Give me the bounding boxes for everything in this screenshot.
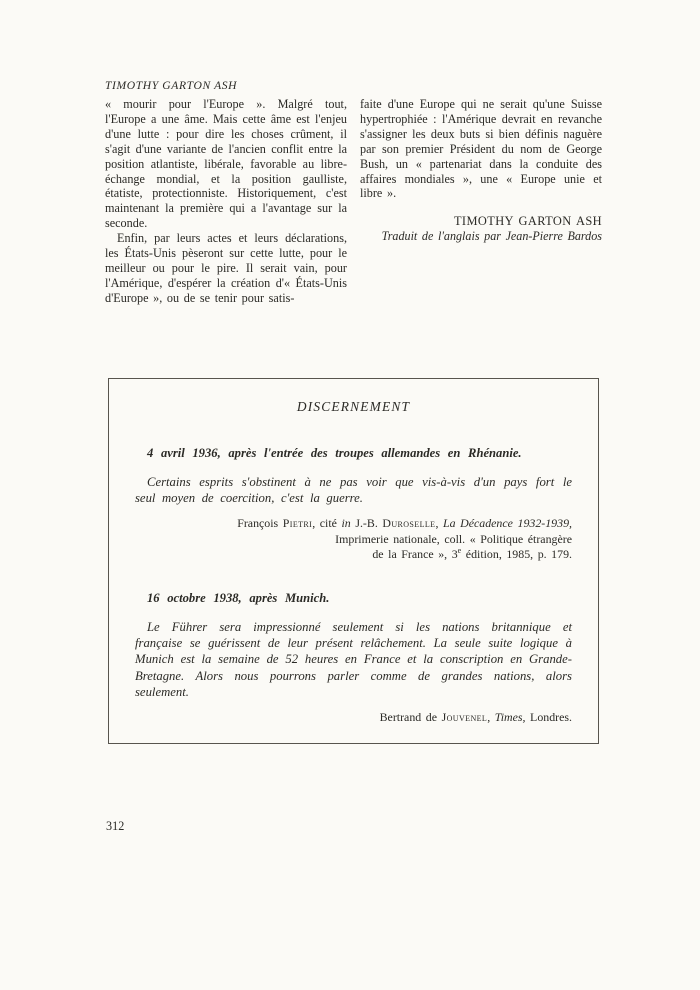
document-page: TIMOTHY GARTON ASH « mourir pour l'Europ… [0,0,700,990]
citation-text: François [237,516,283,530]
right-column: faite d'une Europe qui ne serait qu'une … [360,97,602,306]
citation-work-title: La Décadence 1932-1939, [443,516,572,530]
citation-jouvenel: Bertrand de Jouvenel, Times, Londres. [135,710,572,725]
citation-text: Bertrand de [380,710,442,724]
signature-block: TIMOTHY GARTON ASH Traduit de l'anglais … [360,214,602,244]
article-columns: « mourir pour l'Europe ». Malgré tout, l… [105,97,602,306]
paragraph: Enfin, par leurs actes et leurs déclarat… [105,231,347,306]
citation-in-italic: in [342,516,351,530]
citation-text: J.-B. [351,516,383,530]
box-title: DISCERNEMENT [135,399,572,415]
citation-line: François Pietri, cité in J.-B. Duroselle… [135,516,572,531]
entry-heading-1938: 16 octobre 1938, après Munich. [135,591,572,606]
running-header: TIMOTHY GARTON ASH [105,79,237,92]
quote-1936: Certains esprits s'obstinent à ne pas vo… [135,474,572,506]
left-column: « mourir pour l'Europe ». Malgré tout, l… [105,97,347,306]
citation-author-smallcaps: Pietri [283,516,312,530]
citation-text: , [435,516,443,530]
paragraph: « mourir pour l'Europe ». Malgré tout, l… [105,97,347,231]
page-number: 312 [106,819,124,834]
citation-work-title: Times, [495,710,526,724]
citation-text: , [487,710,495,724]
citation-text: édition, 1985, p. 179. [461,547,572,561]
citation-editor-smallcaps: Duroselle [382,516,435,530]
discernement-box: DISCERNEMENT 4 avril 1936, après l'entré… [108,378,599,744]
citation-author-smallcaps: Jouvenel [442,710,488,724]
citation-text: Londres. [525,710,572,724]
quote-1938: Le Führer sera impressionné seulement si… [135,619,572,700]
author-name: TIMOTHY GARTON ASH [360,214,602,229]
citation-text: , cité [312,516,341,530]
citation-pietri: François Pietri, cité in J.-B. Duroselle… [135,516,572,562]
citation-line: de la France », 3e édition, 1985, p. 179… [135,547,572,562]
entry-heading-1936: 4 avril 1936, après l'entrée des troupes… [135,446,572,461]
citation-line: Imprimerie nationale, coll. « Politique … [135,532,572,547]
citation-line: Bertrand de Jouvenel, Times, Londres. [135,710,572,725]
paragraph: faite d'une Europe qui ne serait qu'une … [360,97,602,201]
translator-credit: Traduit de l'anglais par Jean-Pierre Bar… [360,229,602,244]
citation-text: de la France », 3 [372,547,457,561]
